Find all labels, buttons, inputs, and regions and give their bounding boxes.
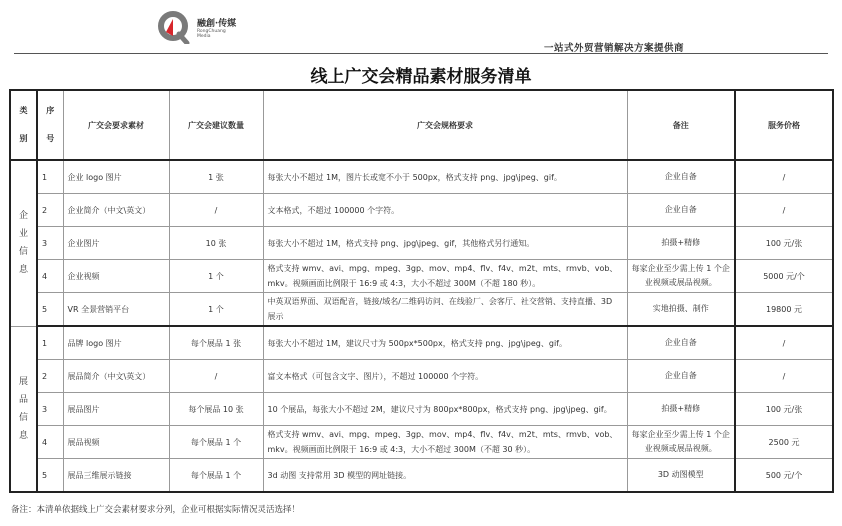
- header-quantity: 广交会建议数量: [169, 90, 263, 160]
- row-note: 3D 动图模型: [627, 459, 735, 493]
- row-spec: 文本格式，不超过 100000 个字符。: [263, 194, 627, 227]
- row-index: 1: [37, 326, 63, 360]
- table-row: 4 展品视频 每个展品 1 个 格式支持 wmv、avi、mpg、mpeg、3g…: [10, 426, 833, 459]
- row-quantity: 1 个: [169, 260, 263, 293]
- slogan: 一站式外贸营销解决方案提供商: [544, 40, 684, 54]
- row-index: 3: [37, 227, 63, 260]
- row-quantity: 每个展品 10 张: [169, 393, 263, 426]
- row-quantity: 每个展品 1 张: [169, 326, 263, 360]
- row-note: 企业自备: [627, 360, 735, 393]
- table-row: 5 VR 全景营销平台 1 个 中英双语界面、双语配音，链接/域名/二维码访问、…: [10, 293, 833, 327]
- row-index: 4: [37, 426, 63, 459]
- row-price: 100 元/张: [735, 227, 833, 260]
- logo-sub-line2: Media: [197, 34, 226, 39]
- row-spec: 每张大小不超过 1M，格式支持 png、jpg\jpeg、gif，其他格式另行通…: [263, 227, 627, 260]
- row-index: 5: [37, 293, 63, 327]
- row-note: 企业自备: [627, 326, 735, 360]
- row-note: 拍摄+精修: [627, 393, 735, 426]
- row-note: 企业自备: [627, 160, 735, 194]
- table-row: 3 企业图片 10 张 每张大小不超过 1M，格式支持 png、jpg\jpeg…: [10, 227, 833, 260]
- row-quantity: /: [169, 194, 263, 227]
- footnote: 备注：本清单依据线上广交会素材要求分列，企业可根据实际情况灵活选择！: [11, 503, 300, 515]
- header-index: 序号: [37, 90, 63, 160]
- row-spec: 3d 动图 支持常用 3D 模型的网址链接。: [263, 459, 627, 493]
- table-row: 2 企业简介（中文\英文） / 文本格式，不超过 100000 个字符。 企业自…: [10, 194, 833, 227]
- row-quantity: 1 张: [169, 160, 263, 194]
- company-logo: 融創·传媒 RongChuang Media: [157, 10, 277, 46]
- row-material: 展品视频: [63, 426, 169, 459]
- row-note: 实地拍摄、制作: [627, 293, 735, 327]
- row-quantity: /: [169, 360, 263, 393]
- row-material: VR 全景营销平台: [63, 293, 169, 327]
- category-enterprise-info: 企业信息: [10, 160, 37, 326]
- row-spec: 格式支持 wmv、avi、mpg、mpeg、3gp、mov、mp4、flv、f4…: [263, 260, 627, 293]
- row-note: 拍摄+精修: [627, 227, 735, 260]
- row-spec: 富文本格式（可包含文字、图片），不超过 100000 个字符。: [263, 360, 627, 393]
- header-category: 类别: [10, 90, 37, 160]
- row-spec: 中英双语界面、双语配音，链接/域名/二维码访问、在线验厂、会客厅、社交营销、支持…: [263, 293, 627, 327]
- table-row: 展品信息 1 品牌 logo 图片 每个展品 1 张 每张大小不超过 1M，建议…: [10, 326, 833, 360]
- row-note: 每家企业至少需上传 1 个企业视频或展品视频。: [627, 426, 735, 459]
- rongchuang-q-logo-icon: [157, 10, 191, 44]
- row-material: 企业图片: [63, 227, 169, 260]
- row-index: 1: [37, 160, 63, 194]
- row-price: /: [735, 194, 833, 227]
- header-material: 广交会要求素材: [63, 90, 169, 160]
- service-list-table: 类别 序号 广交会要求素材 广交会建议数量 广交会规格要求 备注 服务价格 企业…: [9, 89, 834, 493]
- table-row: 2 展品简介（中文\英文） / 富文本格式（可包含文字、图片），不超过 1000…: [10, 360, 833, 393]
- row-material: 展品图片: [63, 393, 169, 426]
- table-row: 5 展品三维展示链接 每个展品 1 个 3d 动图 支持常用 3D 模型的网址链…: [10, 459, 833, 493]
- row-price: /: [735, 160, 833, 194]
- header-note: 备注: [627, 90, 735, 160]
- logo-subtitle: RongChuang Media: [197, 29, 226, 39]
- row-note: 每家企业至少需上传 1 个企业视频或展品视频。: [627, 260, 735, 293]
- row-material: 展品三维展示链接: [63, 459, 169, 493]
- row-note: 企业自备: [627, 194, 735, 227]
- row-spec: 10 个展品，每张大小不超过 2M，建议尺寸为 800px*800px，格式支持…: [263, 393, 627, 426]
- row-index: 5: [37, 459, 63, 493]
- row-price: 100 元/张: [735, 393, 833, 426]
- row-quantity: 每个展品 1 个: [169, 459, 263, 493]
- header-divider: [14, 53, 828, 54]
- row-spec: 每张大小不超过 1M，建议尺寸为 500px*500px，格式支持 png、jp…: [263, 326, 627, 360]
- logo-name: 融創·传媒: [197, 16, 236, 29]
- table-header-row: 类别 序号 广交会要求素材 广交会建议数量 广交会规格要求 备注 服务价格: [10, 90, 833, 160]
- header-spec: 广交会规格要求: [263, 90, 627, 160]
- row-index: 3: [37, 393, 63, 426]
- row-material: 展品简介（中文\英文）: [63, 360, 169, 393]
- row-price: 500 元/个: [735, 459, 833, 493]
- header-price: 服务价格: [735, 90, 833, 160]
- table-row: 3 展品图片 每个展品 10 张 10 个展品，每张大小不超过 2M，建议尺寸为…: [10, 393, 833, 426]
- row-quantity: 1 个: [169, 293, 263, 327]
- row-price: /: [735, 326, 833, 360]
- category-product-info: 展品信息: [10, 326, 37, 492]
- row-spec: 每张大小不超过 1M，图片长或宽不小于 500px，格式支持 png、jpg\j…: [263, 160, 627, 194]
- row-spec: 格式支持 wmv、avi、mpg、mpeg、3gp、mov、mp4、flv、f4…: [263, 426, 627, 459]
- page-title: 线上广交会精品素材服务清单: [0, 62, 842, 87]
- row-index: 2: [37, 194, 63, 227]
- row-index: 2: [37, 360, 63, 393]
- row-price: 2500 元: [735, 426, 833, 459]
- row-price: 19800 元: [735, 293, 833, 327]
- row-index: 4: [37, 260, 63, 293]
- row-material: 企业 logo 图片: [63, 160, 169, 194]
- table-row: 4 企业视频 1 个 格式支持 wmv、avi、mpg、mpeg、3gp、mov…: [10, 260, 833, 293]
- row-quantity: 10 张: [169, 227, 263, 260]
- row-quantity: 每个展品 1 个: [169, 426, 263, 459]
- row-price: 5000 元/个: [735, 260, 833, 293]
- table-row: 企业信息 1 企业 logo 图片 1 张 每张大小不超过 1M，图片长或宽不小…: [10, 160, 833, 194]
- row-price: /: [735, 360, 833, 393]
- row-material: 品牌 logo 图片: [63, 326, 169, 360]
- row-material: 企业简介（中文\英文）: [63, 194, 169, 227]
- row-material: 企业视频: [63, 260, 169, 293]
